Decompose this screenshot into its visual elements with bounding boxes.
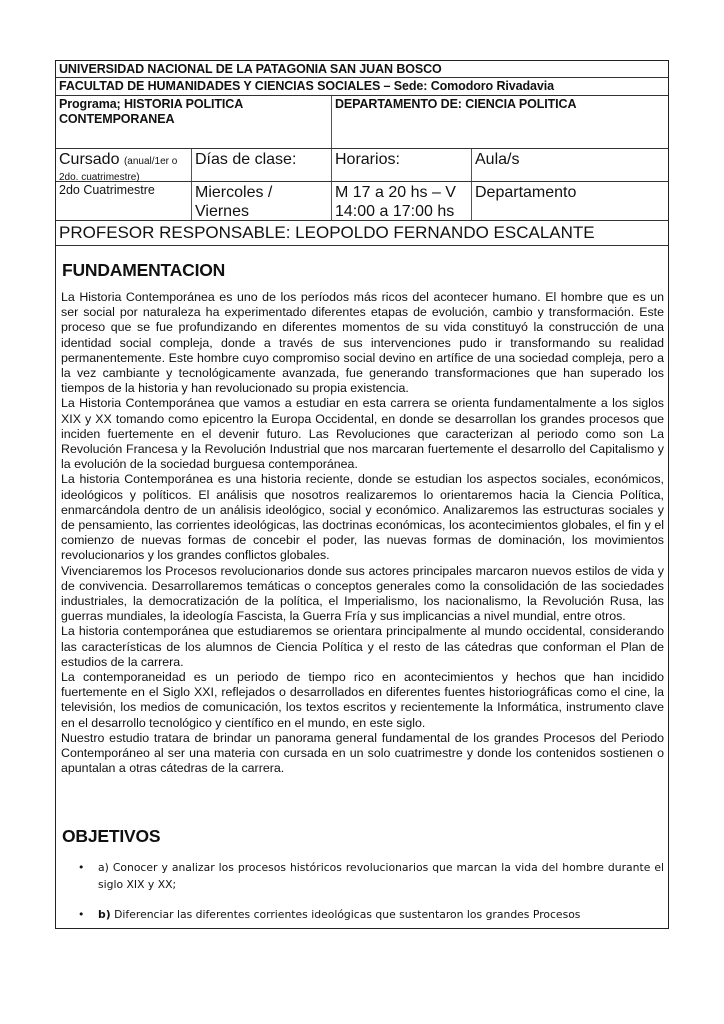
university-name: UNIVERSIDAD NACIONAL DE LA PATAGONIA SAN…	[56, 61, 668, 77]
objective-item: • a) Conocer y analizar los procesos his…	[78, 859, 664, 893]
fundamentacion-paragraph: La contemporaneidad es un periodo de tie…	[61, 670, 664, 731]
schedule-header-row: Cursado (anual/1er o 2do. cuatrimestre) …	[56, 149, 668, 182]
objective-label: b)	[98, 908, 111, 921]
objective-item: • b) Diferenciar las diferentes corrient…	[78, 906, 664, 923]
bullet-icon: •	[78, 859, 84, 876]
fundamentacion-title: FUNDAMENTACION	[62, 260, 225, 281]
faculty-name: FACULTAD DE HUMANIDADES Y CIENCIAS SOCIA…	[56, 78, 668, 95]
fundamentacion-body: La Historia Contemporánea es uno de los …	[61, 290, 664, 777]
bullet-icon: •	[78, 906, 84, 923]
faculty-row: FACULTAD DE HUMANIDADES Y CIENCIAS SOCIA…	[56, 78, 668, 96]
program-name: Programa; HISTORIA POLITICA CONTEMPORANE…	[56, 96, 331, 148]
fundamentacion-paragraph: Nuestro estudio tratara de brindar un pa…	[61, 731, 664, 777]
objective-text: Conocer y analizar los procesos históric…	[98, 861, 664, 891]
objective-label: a)	[98, 861, 109, 874]
department-name: DEPARTAMENTO DE: CIENCIA POLITICA	[331, 96, 668, 148]
horarios-header: Horarios:	[331, 149, 471, 181]
fundamentacion-paragraph: La Historia Contemporánea es uno de los …	[61, 290, 664, 396]
cursado-value: 2do Cuatrimestre	[56, 182, 191, 220]
program-document: UNIVERSIDAD NACIONAL DE LA PATAGONIA SAN…	[55, 60, 669, 929]
dias-value: Miercoles / Viernes	[191, 182, 331, 220]
professor-name: PROFESOR RESPONSABLE: LEOPOLDO FERNANDO …	[56, 221, 668, 245]
fundamentacion-paragraph: La historia contemporánea que estudiarem…	[61, 624, 664, 670]
objetivos-list: • a) Conocer y analizar los procesos his…	[78, 859, 664, 936]
dias-header: Días de clase:	[191, 149, 331, 181]
program-row: Programa; HISTORIA POLITICA CONTEMPORANE…	[56, 96, 668, 149]
university-row: UNIVERSIDAD NACIONAL DE LA PATAGONIA SAN…	[56, 61, 668, 78]
cursado-header: Cursado (anual/1er o 2do. cuatrimestre)	[56, 149, 191, 181]
schedule-values-row: 2do Cuatrimestre Miercoles / Viernes M 1…	[56, 182, 668, 221]
fundamentacion-paragraph: Vivenciaremos los Procesos revolucionari…	[61, 564, 664, 625]
horarios-value: M 17 a 20 hs – V 14:00 a 17:00 hs	[331, 182, 471, 220]
objective-text: Diferenciar las diferentes corrientes id…	[114, 908, 580, 921]
professor-row: PROFESOR RESPONSABLE: LEOPOLDO FERNANDO …	[56, 221, 668, 246]
objetivos-title: OBJETIVOS	[62, 826, 160, 847]
aulas-value: Departamento	[471, 182, 668, 220]
aulas-header: Aula/s	[471, 149, 668, 181]
cursado-label: Cursado	[59, 151, 119, 168]
fundamentacion-paragraph: La historia Contemporánea es una histori…	[61, 472, 664, 563]
fundamentacion-paragraph: La Historia Contemporánea que vamos a es…	[61, 396, 664, 472]
